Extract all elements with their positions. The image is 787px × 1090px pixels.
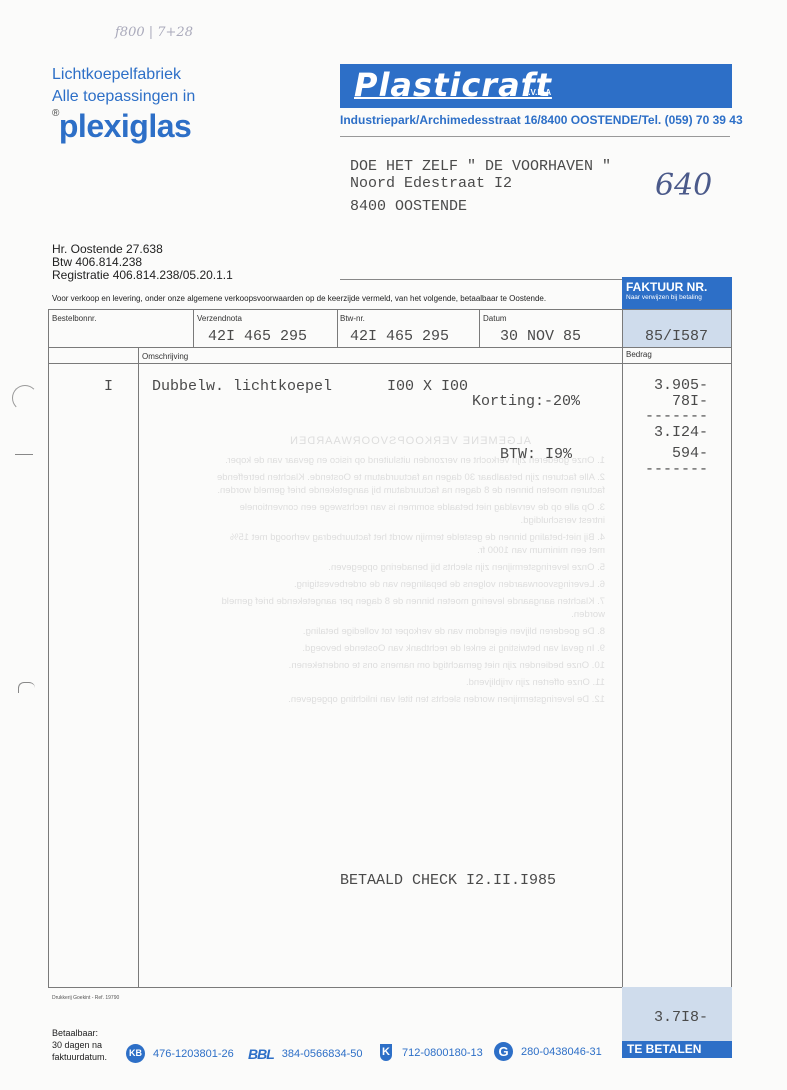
bank-account-kb: KB 476-1203801-26 [126, 1044, 234, 1063]
payment-terms-line2: 30 dagen na [52, 1039, 107, 1051]
grid-line [48, 987, 622, 988]
invoice-number-header: FAKTUUR NR. Naar verwijzen bij betaling [622, 277, 732, 309]
ghost-paragraph: 12. De leveringstermijnen worden slechts… [215, 693, 605, 706]
ghost-paragraph: 11. Onze offerten zijn vrijblijvend. [215, 676, 605, 689]
payment-terms-line1: Betaalbaar: [52, 1027, 107, 1039]
description-label: Omschrijving [142, 352, 188, 361]
grid-line [193, 309, 194, 347]
grid-line [48, 363, 732, 364]
total-field: 3.7I8- [622, 987, 732, 1041]
item-size: I00 X I00 [387, 378, 468, 395]
delivery-note-value: 42I 465 295 [208, 328, 307, 345]
plasticraft-logo: Plasticraft [354, 66, 552, 104]
generale-bank-icon: G [494, 1042, 513, 1061]
total-label-bar: TE BETALEN [622, 1041, 732, 1058]
address-rule [340, 136, 730, 137]
punch-hole-mark [18, 682, 35, 693]
date-value: 30 NOV 85 [500, 328, 581, 345]
vat-number-value: 42I 465 295 [350, 328, 449, 345]
recipient-city: 8400 OOSTENDE [350, 198, 611, 215]
ghost-paragraphs: 1. Onze goederen zijn verkocht en verzon… [215, 454, 605, 706]
ghost-paragraph: 8. De goederen blijven eigendom van de v… [215, 625, 605, 638]
handwritten-number: 640 [655, 168, 712, 203]
ghost-paragraph: 6. Leveringsvoorwaarden volgens de bepal… [215, 578, 605, 591]
ghost-paragraph: 5. Onze leveringstermijnen zijn slechts … [215, 561, 605, 574]
delivery-note-label: Verzendnota [197, 314, 242, 323]
handwritten-reference: f800 | 7+28 [115, 25, 193, 40]
order-number-label: Bestelbonnr. [52, 314, 96, 323]
amount-gross: 3.905- [645, 378, 708, 394]
recipient-street: Noord Edestraat I2 [350, 175, 611, 192]
bank-account-number: 476-1203801-26 [153, 1048, 234, 1060]
registration-number: Registratie 406.814.238/05.20.1.1 [52, 269, 233, 282]
vat-line: BTW: I9% [500, 446, 572, 463]
recipient-block: DOE HET ZELF " DE VOORHAVEN " Noord Edes… [350, 158, 611, 215]
invoice-title: FAKTUUR NR. [622, 277, 732, 294]
amount-label: Bedrag [626, 350, 652, 359]
grid-line [48, 309, 49, 987]
ghost-paragraph: 4. Bij niet-betaling binnen de gestelde … [215, 531, 605, 557]
grid-line [337, 309, 338, 347]
bank-account-number: 280-0438046-31 [521, 1046, 602, 1058]
amount-separator: ------- [645, 409, 708, 425]
ghost-paragraph: 2. Alle facturen zijn betaalbaar 30 dage… [215, 471, 605, 497]
bank-account-number: 384-0566834-50 [282, 1048, 363, 1060]
kb-bank-icon: KB [126, 1044, 145, 1063]
tagline-line1: Lichtkoepelfabriek [52, 64, 195, 86]
invoice-subtitle: Naar verwijzen bij betaling [622, 294, 732, 301]
ghost-paragraph: 7. Klachten aangaande levering moeten bi… [215, 595, 605, 621]
invoice-number-field: 85/I587 [622, 309, 732, 347]
company-banner: Plasticraft P.V.B.A [340, 64, 732, 108]
ghost-paragraph: 10. Onze bedienden zijn niet gemachtigd … [215, 659, 605, 672]
registration-info: Hr. Oostende 27.638 Btw 406.814.238 Regi… [52, 243, 233, 282]
company-address: Industriepark/Archimedesstraat 16/8400 O… [340, 113, 743, 127]
item-quantity: I [104, 378, 113, 395]
plexiglas-wordmark: plexiglas [59, 108, 191, 144]
payment-terms-line3: faktuurdatum. [52, 1051, 107, 1063]
company-tagline: Lichtkoepelfabriek Alle toepassingen in [52, 64, 195, 108]
bbl-bank-icon: BBL [248, 1046, 274, 1062]
discount-line: Korting:-20% [472, 393, 580, 410]
grid-line [138, 347, 139, 987]
plexiglas-logo: ®plexiglas [52, 108, 191, 145]
recipient-name: DOE HET ZELF " DE VOORHAVEN " [350, 158, 611, 175]
grid-line [48, 347, 732, 348]
grid-line [479, 309, 480, 347]
total-label: TE BETALEN [622, 1042, 701, 1056]
total-amount: 3.7I8- [654, 1009, 708, 1026]
payment-terms: Betaalbaar: 30 dagen na faktuurdatum. [52, 1027, 107, 1063]
date-label: Datum [483, 314, 507, 323]
amount-net: 3.I24- [645, 425, 708, 441]
bank-account-kredietbank: K 712-0800180-13 [380, 1044, 483, 1061]
vat-number-label: Btw-nr. [340, 314, 365, 323]
amount-discount: 78I- [645, 394, 708, 410]
punch-hole-mark [12, 385, 38, 411]
grid-line [731, 309, 732, 987]
tagline-line2: Alle toepassingen in [52, 86, 195, 108]
terms-line: Voor verkoop en levering, onder onze alg… [52, 294, 546, 303]
ghost-paragraph: 9. In geval van betwisting is enkel de r… [215, 642, 605, 655]
printer-reference: Drukkerij Goekint - Ref. 19790 [52, 995, 119, 1001]
amount-separator: ------- [645, 462, 708, 478]
bank-account-generale: G 280-0438046-31 [494, 1042, 602, 1061]
registered-mark: ® [52, 108, 59, 119]
amount-vat: 594- [645, 446, 708, 462]
kredietbank-icon: K [380, 1044, 392, 1061]
invoice-number: 85/I587 [645, 328, 708, 345]
bank-account-number: 712-0800180-13 [402, 1047, 483, 1059]
grid-line [48, 309, 732, 310]
company-legal-form: P.V.B.A [524, 88, 551, 97]
recipient-rule [340, 279, 622, 280]
reverse-side-bleedthrough: ALGEMENE VERKOOPSVOORWAARDEN 1. Onze goe… [215, 435, 605, 710]
fold-mark [15, 454, 33, 455]
item-description: Dubbelw. lichtkoepel [152, 378, 332, 395]
paid-note: BETAALD CHECK I2.II.I985 [340, 872, 556, 889]
amount-column: 3.905- 78I- ------- 3.I24- 594- ------- [645, 378, 708, 477]
grid-line [622, 309, 623, 987]
ghost-paragraph: 3. Op alle op de vervaldag niet betaalde… [215, 501, 605, 527]
bank-account-bbl: BBL 384-0566834-50 [248, 1046, 363, 1062]
